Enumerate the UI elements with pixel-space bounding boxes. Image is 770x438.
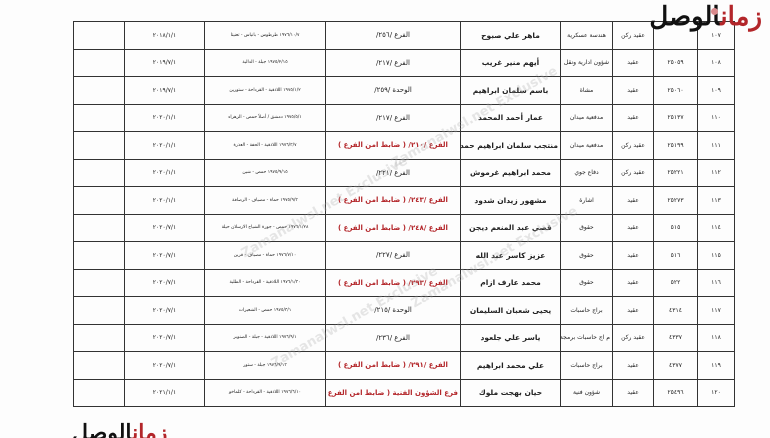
rank-cell: عقيد bbox=[613, 214, 654, 242]
rank-cell: عقيد bbox=[613, 242, 654, 270]
promotion-date-cell: ٢٠٢٠/١/١ bbox=[125, 159, 205, 187]
branch-assignment-cell: الوحدة /٢٥٩/ bbox=[326, 77, 461, 105]
specialty-cell: مدفعية ميدان bbox=[561, 132, 613, 160]
notes-cell-cell bbox=[74, 187, 125, 215]
birth-date-place-cell: ١٩٧٥/٣/١ حمص - الشعيرات bbox=[205, 297, 326, 325]
logo-part-zaman: زمان bbox=[132, 420, 167, 438]
branch-assignment-cell: الفرع /٢٥٦/ bbox=[326, 22, 461, 50]
table-row: ١١٦٥٢٢عقيدحقوقمحمد عارف ازامالفرع /٢٩٣/ … bbox=[74, 269, 735, 297]
officer-name-cell: عزيز كاسر عبد الله bbox=[461, 242, 561, 270]
rank-cell: عقيد ركن bbox=[613, 132, 654, 160]
notes-cell-cell bbox=[74, 379, 125, 407]
birth-date-place-cell: ١٩٧٦/٧/١٠ حماة - مصياف - قرين bbox=[205, 242, 326, 270]
rank-cell: عقيد bbox=[613, 104, 654, 132]
branch-assignment-cell: الفرع /٢٣٦/ bbox=[326, 324, 461, 352]
promotion-date-cell: ٢٠١٨/١/١ bbox=[125, 22, 205, 50]
birth-date-place-cell: ١٩٧٦/١/٣٠ اللاذقية - القرداحة - الطلية bbox=[205, 269, 326, 297]
row-number-cell: ١١٨ bbox=[698, 324, 735, 352]
military-id-cell: ٢٥١٣٧ bbox=[654, 104, 698, 132]
promotion-date-cell: ٢٠٢٠/٧/١ bbox=[125, 214, 205, 242]
rank-cell: عقيد bbox=[613, 77, 654, 105]
birth-date-place-cell: ١٩٧٥/٢/١٥ جبلة - الدالية bbox=[205, 49, 326, 77]
rank-cell: عقيد bbox=[613, 379, 654, 407]
branch-assignment-cell: الفرع /٢٢١/ bbox=[326, 159, 461, 187]
officers-table: ١٠٧عقيد ركنهندسة عسكريةماهر علي صبوحالفر… bbox=[73, 21, 735, 407]
branch-assignment-cell: الفرع /٢١٠/ ( ضابط امن الفرع ) bbox=[326, 132, 461, 160]
birth-date-place-cell: ١٩٧٥/٩/٣ حماة - مصياف - الرصافة bbox=[205, 187, 326, 215]
notes-cell-cell bbox=[74, 269, 125, 297]
specialty-cell: م اج حاسبات برمجة وتحليل نظم bbox=[561, 324, 613, 352]
logo-part-alwasl: الوصل bbox=[72, 420, 132, 438]
specialty-cell: شؤون ادارية ونقل bbox=[561, 49, 613, 77]
officer-name-cell: منتجب سلمان ابراهيم حمدان bbox=[461, 132, 561, 160]
officer-name-cell: علي محمد ابراهيم bbox=[461, 352, 561, 380]
officer-name-cell: حيان بهجت ملوك bbox=[461, 379, 561, 407]
promotion-date-cell: ٢٠٢٠/٧/١ bbox=[125, 269, 205, 297]
military-id-cell: ٥١٥ bbox=[654, 214, 698, 242]
logo-part-alwasl: الوصل bbox=[649, 2, 720, 32]
table-row: ١١٨٤٣٣٧عقيد ركنم اج حاسبات برمجة وتحليل … bbox=[74, 324, 735, 352]
row-number-cell: ١١٩ bbox=[698, 352, 735, 380]
notes-cell-cell bbox=[74, 352, 125, 380]
rank-cell: عقيد ركن bbox=[613, 22, 654, 50]
logo-part-zaman: زمان bbox=[720, 2, 762, 32]
military-id-cell: ٢٥١٩٩ bbox=[654, 132, 698, 160]
promotion-date-cell: ٢٠٢١/١/١ bbox=[125, 379, 205, 407]
rank-cell: عقيد bbox=[613, 49, 654, 77]
military-id-cell: ٢٥٠٦٠ bbox=[654, 77, 698, 105]
specialty-cell: حقوق bbox=[561, 242, 613, 270]
promotion-date-cell: ٢٠٢٠/٧/١ bbox=[125, 297, 205, 325]
notes-cell-cell bbox=[74, 297, 125, 325]
military-id-cell: ٤٣٧٧ bbox=[654, 352, 698, 380]
specialty-cell: هندسة عسكرية bbox=[561, 22, 613, 50]
document-page: زمانالوصل ١٠٧عقيد ركنهندسة عسكريةماهر عل… bbox=[0, 0, 770, 438]
table-row: ١١٩٤٣٧٧عقيدبراج حاسباتعلي محمد ابراهيمال… bbox=[74, 352, 735, 380]
promotion-date-cell: ٢٠١٩/٧/١ bbox=[125, 49, 205, 77]
notes-cell-cell bbox=[74, 214, 125, 242]
rank-cell: عقيد bbox=[613, 269, 654, 297]
military-id-cell: ٢٥٠٥٩ bbox=[654, 49, 698, 77]
row-number-cell: ١١٠ bbox=[698, 104, 735, 132]
specialty-cell: مدفعية ميدان bbox=[561, 104, 613, 132]
branch-assignment-cell: الفرع /٢١٧/ bbox=[326, 104, 461, 132]
row-number-cell: ١١٣ bbox=[698, 187, 735, 215]
specialty-cell: حقوق bbox=[561, 214, 613, 242]
branch-assignment-cell: الفرع /٢١٧/ bbox=[326, 49, 461, 77]
rank-cell: عقيد ركن bbox=[613, 324, 654, 352]
notes-cell-cell bbox=[74, 22, 125, 50]
table-row: ١٠٨٢٥٠٥٩عقيدشؤون ادارية ونقلأيهم منير غر… bbox=[74, 49, 735, 77]
zaman-alwasl-logo-bottom: زمانالوصل bbox=[72, 420, 167, 438]
table-row: ١١٢٢٥٢٢١عقيد ركندفاع جويمحمد ابراهيم غرم… bbox=[74, 159, 735, 187]
branch-assignment-cell: فرع الشؤون الفنية ( ضابط امن الفرع ) bbox=[326, 379, 461, 407]
specialty-cell: مشاة bbox=[561, 77, 613, 105]
promotion-date-cell: ٢٠٢٠/١/١ bbox=[125, 132, 205, 160]
table-row: ١١٥٥١٦عقيدحقوقعزيز كاسر عبد اللهالفرع /٢… bbox=[74, 242, 735, 270]
military-id-cell: ٢٥٤٩٦ bbox=[654, 379, 698, 407]
military-id-cell: ٢٥٢٧٣ bbox=[654, 187, 698, 215]
branch-assignment-cell: الفرع /٢٤٣/ ( ضابط امن الفرع ) bbox=[326, 187, 461, 215]
birth-date-place-cell: ١٩٧٦/٩/١ اللاذقية - جبلة - الصنوبر bbox=[205, 324, 326, 352]
specialty-cell: براج حاسبات bbox=[561, 352, 613, 380]
notes-cell-cell bbox=[74, 77, 125, 105]
promotion-date-cell: ٢٠٢٠/٧/١ bbox=[125, 352, 205, 380]
specialty-cell: دفاع جوي bbox=[561, 159, 613, 187]
table-row: ١١٣٢٥٢٧٣عقيداشارةمشهور زيدان شدودالفرع /… bbox=[74, 187, 735, 215]
branch-assignment-cell: الفرع /٢٢٧/ bbox=[326, 242, 461, 270]
officer-name-cell: باسم سلمان ابراهيم bbox=[461, 77, 561, 105]
promotion-date-cell: ٢٠٢٠/١/١ bbox=[125, 187, 205, 215]
officer-name-cell: ياسر علي جلعود bbox=[461, 324, 561, 352]
officer-name-cell: محمد عارف ازام bbox=[461, 269, 561, 297]
military-id-cell: ٥٢٢ bbox=[654, 269, 698, 297]
officer-name-cell: محمد ابراهيم غرموش bbox=[461, 159, 561, 187]
officer-name-cell: يحيى شعبان السليمان bbox=[461, 297, 561, 325]
rank-cell: عقيد bbox=[613, 352, 654, 380]
officer-name-cell: قصي عبد المنعم ديجن bbox=[461, 214, 561, 242]
birth-date-place-cell: ١٩٧٥/٥/١ دمشق / أصلاً حمص - الزهراء bbox=[205, 104, 326, 132]
military-id-cell: ٥١٦ bbox=[654, 242, 698, 270]
table-row: ١١٧٤٣١٤عقيدبراج حاسباتيحيى شعبان السليما… bbox=[74, 297, 735, 325]
row-number-cell: ١١٦ bbox=[698, 269, 735, 297]
row-number-cell: ١١٢ bbox=[698, 159, 735, 187]
military-id-cell: ٤٣٣٧ bbox=[654, 324, 698, 352]
branch-assignment-cell: الفرع /٢٤٨/ ( ضابط امن الفرع ) bbox=[326, 214, 461, 242]
promotion-date-cell: ٢٠١٩/٧/١ bbox=[125, 77, 205, 105]
military-id-cell: ٤٣١٤ bbox=[654, 297, 698, 325]
branch-assignment-cell: الوحدة /٢١٥/ bbox=[326, 297, 461, 325]
rank-cell: عقيد ركن bbox=[613, 159, 654, 187]
table-row: ١١٤٥١٥عقيدحقوققصي عبد المنعم ديجنالفرع /… bbox=[74, 214, 735, 242]
promotion-date-cell: ٢٠٢٠/١/١ bbox=[125, 104, 205, 132]
notes-cell-cell bbox=[74, 159, 125, 187]
row-number-cell: ١١١ bbox=[698, 132, 735, 160]
military-id-cell: ٢٥٢٢١ bbox=[654, 159, 698, 187]
specialty-cell: حقوق bbox=[561, 269, 613, 297]
officer-name-cell: مشهور زيدان شدود bbox=[461, 187, 561, 215]
specialty-cell: شؤون فنية bbox=[561, 379, 613, 407]
officer-name-cell: عمار أحمد المحمد bbox=[461, 104, 561, 132]
notes-cell-cell bbox=[74, 132, 125, 160]
zaman-alwasl-logo: زمانالوصل bbox=[649, 2, 762, 32]
branch-assignment-cell: الفرع /٢٩١/ ( ضابط امن الفرع ) bbox=[326, 352, 461, 380]
row-number-cell: ١١٥ bbox=[698, 242, 735, 270]
birth-date-place-cell: ١٩٧٦/١/٢٨ حمص - جورة الشياح الارسلان حيل… bbox=[205, 214, 326, 242]
promotion-date-cell: ٢٠٢٠/٧/١ bbox=[125, 324, 205, 352]
birth-date-place-cell: ١٩٧٦/٣/٧ اللاذقية - الحفة - العذرة bbox=[205, 132, 326, 160]
specialty-cell: براج حاسبات bbox=[561, 297, 613, 325]
promotion-date-cell: ٢٠٢٠/٧/١ bbox=[125, 242, 205, 270]
notes-cell-cell bbox=[74, 242, 125, 270]
table-row: ١٠٩٢٥٠٦٠عقيدمشاةباسم سلمان ابراهيمالوحدة… bbox=[74, 77, 735, 105]
birth-date-place-cell: ١٩٧٦/١٠/٧ طرطوس - بانياس - تعنيتا bbox=[205, 22, 326, 50]
table-row: ١١٠٢٥١٣٧عقيدمدفعية ميدانعمار أحمد المحمد… bbox=[74, 104, 735, 132]
row-number-cell: ١١٧ bbox=[698, 297, 735, 325]
branch-assignment-cell: الفرع /٢٩٣/ ( ضابط امن الفرع ) bbox=[326, 269, 461, 297]
rank-cell: عقيد bbox=[613, 187, 654, 215]
officer-name-cell: أيهم منير غريب bbox=[461, 49, 561, 77]
row-number-cell: ١٠٨ bbox=[698, 49, 735, 77]
notes-cell-cell bbox=[74, 324, 125, 352]
birth-date-place-cell: ١٩٧٥/١/٢ اللاذقية - القرداحة - ستورين bbox=[205, 77, 326, 105]
specialty-cell: اشارة bbox=[561, 187, 613, 215]
row-number-cell: ١١٤ bbox=[698, 214, 735, 242]
table-row: ١١١٢٥١٩٩عقيد ركنمدفعية ميدانمنتجب سلمان … bbox=[74, 132, 735, 160]
row-number-cell: ١٢٠ bbox=[698, 379, 735, 407]
row-number-cell: ١٠٩ bbox=[698, 77, 735, 105]
table-row: ١٠٧عقيد ركنهندسة عسكريةماهر علي صبوحالفر… bbox=[74, 22, 735, 50]
rank-cell: عقيد bbox=[613, 297, 654, 325]
birth-date-place-cell: ١٩٧٦/٩/١٣ جبلة - ستور bbox=[205, 352, 326, 380]
notes-cell-cell bbox=[74, 49, 125, 77]
birth-date-place-cell: ١٩٧٥/٩/١٥ حمص - شين bbox=[205, 159, 326, 187]
notes-cell-cell bbox=[74, 104, 125, 132]
birth-date-place-cell: ١٩٧٦/٦/١٠ اللاذقية - القرداحة - كلماخو bbox=[205, 379, 326, 407]
table-row: ١٢٠٢٥٤٩٦عقيدشؤون فنيةحيان بهجت ملوكفرع ا… bbox=[74, 379, 735, 407]
officer-name-cell: ماهر علي صبوح bbox=[461, 22, 561, 50]
